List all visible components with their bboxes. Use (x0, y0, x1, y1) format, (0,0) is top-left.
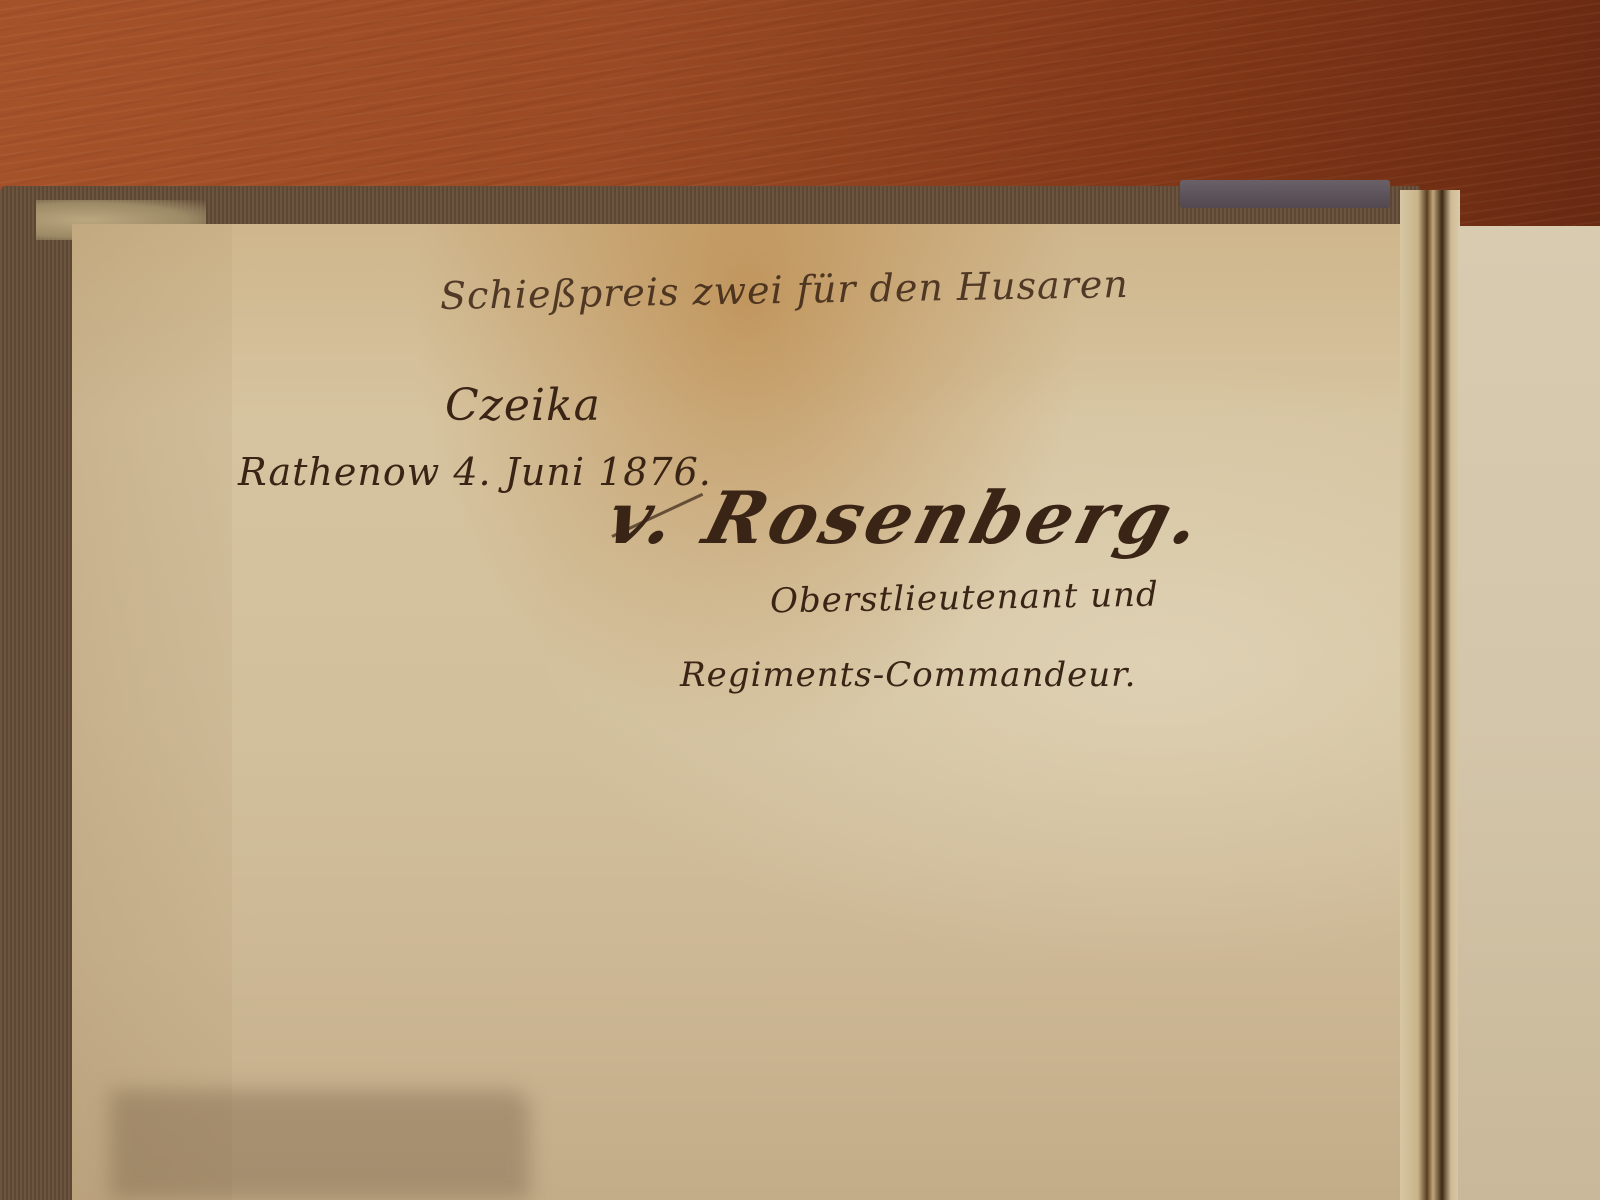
camera-shadow (110, 1090, 530, 1200)
inscription-signature: v. Rosenberg. (599, 475, 1215, 560)
inscription-recipient-name: Czeika (445, 380, 601, 431)
inscription-rank-line-2: Regiments-Commandeur. (680, 655, 1136, 695)
book-gutter (1400, 190, 1460, 1200)
page-discoloration-strip (72, 224, 232, 1200)
inscription-rank-line-1: Oberstlieutenant und (770, 575, 1159, 622)
worn-spine-edge (1180, 180, 1390, 208)
pastedown-page (72, 224, 1422, 1200)
flyleaf-page (1458, 226, 1600, 1200)
